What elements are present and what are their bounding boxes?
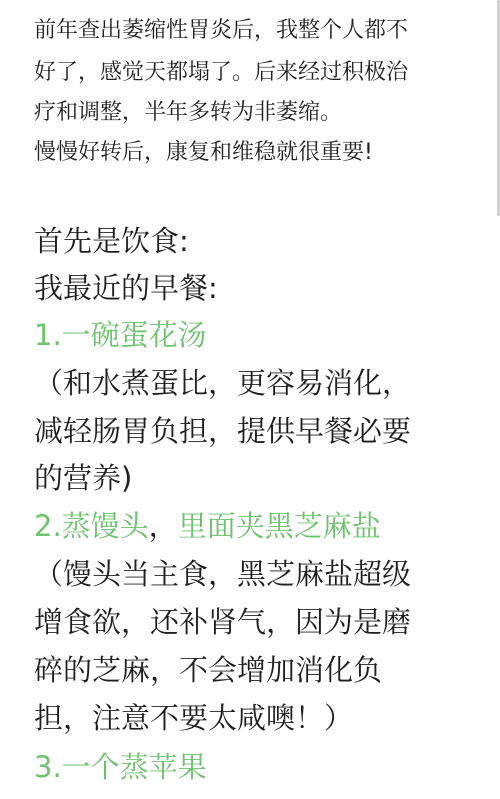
- item-2-note-line-3: 碎的芝麻，不会增加消化负: [34, 653, 382, 687]
- item-1-title: 1.一碗蛋花汤: [34, 318, 207, 352]
- intro-line-1: 前年查出萎缩性胃炎后，我整个人都不: [34, 18, 408, 44]
- item-2-title-part-2: 里面夹黑芝麻盐: [178, 509, 381, 543]
- intro-line-4: 慢慢好转后，康复和维稳就很重要!: [34, 140, 373, 166]
- item-2-note-line-2: 增食欲，还补肾气，因为是磨: [34, 605, 411, 639]
- item-2-title-separator: ，: [149, 509, 178, 543]
- article-page: 前年查出萎缩性胃炎后，我整个人都不 好了，感觉天都塌了。后来经过积极治 疗和调整…: [0, 0, 500, 799]
- item-2-note-line-1: （馒头当主食，黑芝麻盐超级: [34, 557, 411, 591]
- section-subheading: 我最近的早餐:: [34, 271, 218, 305]
- item-3-title: 3.一个蒸苹果: [34, 750, 207, 784]
- item-2-title: 2.蒸馒头，里面夹黑芝麻盐: [34, 509, 381, 543]
- item-1-note-line-3: 的营养): [34, 461, 132, 495]
- intro-line-3: 疗和调整，半年多转为非萎缩。: [34, 100, 342, 126]
- intro-line-2: 好了，感觉天都塌了。后来经过积极治: [34, 60, 408, 86]
- item-1-note-line-1: （和水煮蛋比，更容易消化，: [34, 366, 411, 400]
- item-2-title-part-1: 2.蒸馒头: [34, 509, 149, 543]
- section-heading: 首先是饮食:: [34, 224, 189, 258]
- item-2-note-line-4: 担，注意不要太咸噢！）: [34, 701, 353, 735]
- item-1-note-line-2: 减轻肠胃负担，提供早餐必要: [34, 414, 411, 448]
